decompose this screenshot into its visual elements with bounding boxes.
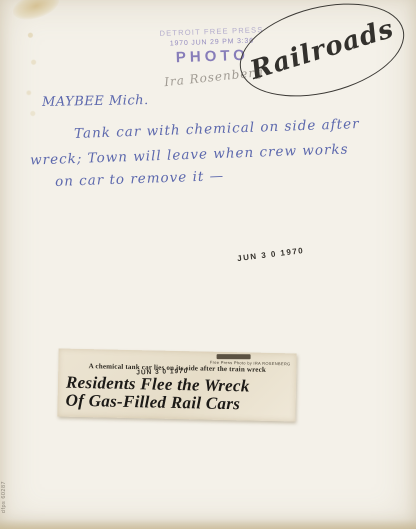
- newspaper-clipping: Free Press Photo by IRA ROSENBERG A chem…: [57, 349, 296, 422]
- railroads-label: Railroads: [247, 14, 398, 86]
- paper-stain-specks: [24, 28, 40, 118]
- archive-edge-id: dfps 60287: [1, 481, 7, 513]
- clipping-ink-smudge: [217, 354, 251, 359]
- received-date-stamp: JUN 3 0 1970: [237, 246, 305, 263]
- scan-edge-shading: [0, 519, 416, 529]
- clipping-headline-line2: Of Gas-Filled Rail Cars: [65, 392, 295, 415]
- photo-back-scan: DETROIT FREE PRESS 1970 JUN 29 PM 3:36 P…: [0, 0, 416, 529]
- handwritten-location: MAYBEE Mich.: [42, 93, 149, 110]
- clipping-headline: Residents Flee the Wreck Of Gas-Filled R…: [65, 374, 296, 416]
- handwritten-note-line3: on car to remove it —: [55, 168, 225, 190]
- paper-stain: [9, 0, 62, 25]
- handwritten-note-line2: wreck; Town will leave when crew works: [30, 141, 349, 168]
- handwritten-note-line1: Tank car with chemical on side after: [74, 116, 360, 142]
- railroads-oval-stamp: Railroads: [230, 0, 414, 112]
